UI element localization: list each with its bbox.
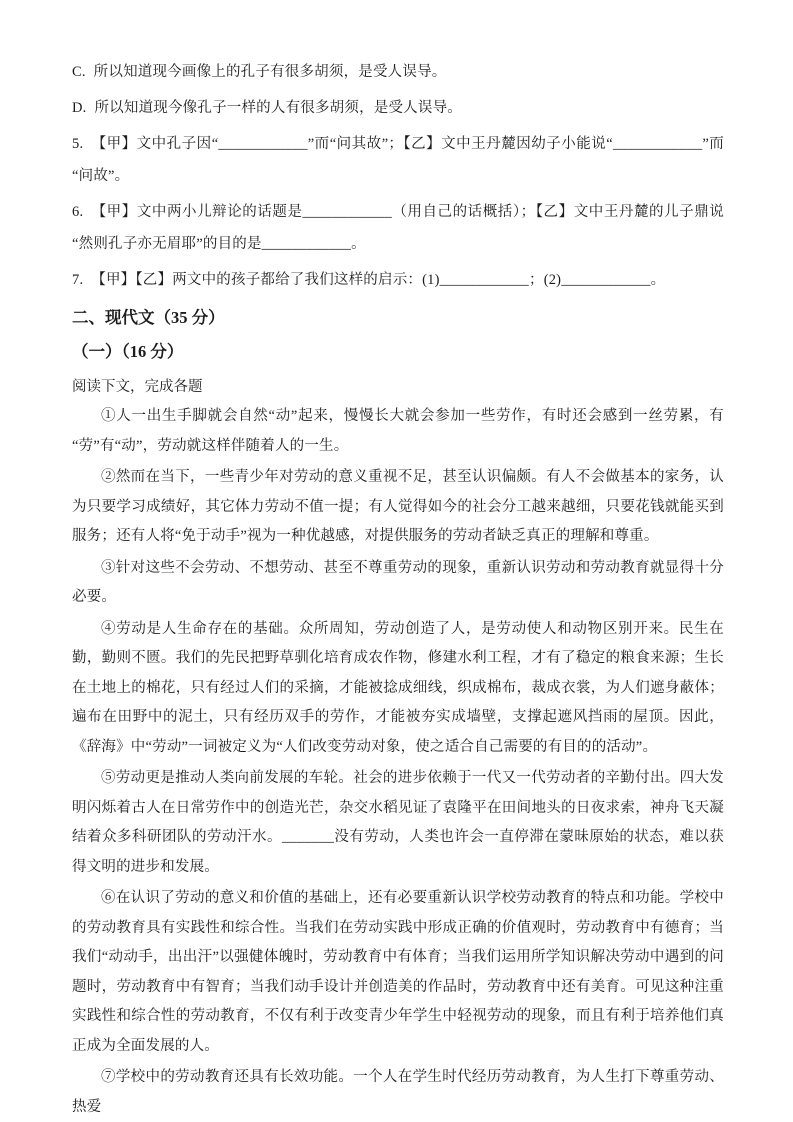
passage-paragraph-5: ⑤劳动更是推动人类向前发展的车轮。社会的进步依赖于一代又一代劳动者的辛勤付出。四… (72, 764, 724, 882)
choice-option-d: D.所以知道现今像孔子一样的人有很多胡须，是受人误导。 (72, 92, 724, 124)
choice-label: C. (72, 64, 86, 80)
question-text: 【甲】【乙】两文中的孩子都给了我们这样的启示：(1)____________；(… (91, 272, 665, 288)
reading-instruction: 阅读下文，完成各题 (72, 374, 724, 400)
question-text: 【甲】文中两小儿辩论的话题是____________（用自己的话概括）；【乙】文… (72, 204, 724, 252)
document-content: C.所以知道现今画像上的孔子有很多胡须，是受人误导。 D.所以知道现今像孔子一样… (0, 0, 793, 1122)
question-text: 【甲】文中孔子因“____________”而“问其故”；【乙】文中王丹麓因幼子… (72, 136, 724, 184)
passage-paragraph-1: ①人一出生手脚就会自然“动”起来，慢慢长大就会参加一些劳作，有时还会感到一丝劳累… (72, 402, 724, 461)
question-5: 5.【甲】文中孔子因“____________”而“问其故”；【乙】文中王丹麓因… (72, 128, 724, 192)
choice-text: 所以知道现今像孔子一样的人有很多胡须，是受人误导。 (94, 100, 462, 116)
passage-paragraph-2: ②然而在当下，一些青少年对劳动的意义重视不足，甚至认识偏颇。有人不会做基本的家务… (72, 463, 724, 552)
exam-document-page: C.所以知道现今画像上的孔子有很多胡须，是受人误导。 D.所以知道现今像孔子一样… (0, 0, 793, 1122)
passage-paragraph-7: ⑦学校中的劳动教育还具有长效功能。一个人在学生时代经历劳动教育，为人生打下尊重劳… (72, 1063, 724, 1122)
choice-text: 所以知道现今画像上的孔子有很多胡须，是受人误导。 (94, 64, 447, 80)
choice-option-c: C.所以知道现今画像上的孔子有很多胡须，是受人误导。 (72, 56, 724, 88)
choice-label: D. (72, 100, 87, 116)
subsection-heading-part-one: （一）（16 分） (72, 338, 724, 366)
section-heading-modern-text: 二、现代文（35 分） (72, 304, 724, 332)
passage-paragraph-3: ③针对这些不会劳动、不想劳动、甚至不尊重劳动的现象，重新认识劳动和劳动教育就显得… (72, 554, 724, 613)
question-7: 7.【甲】【乙】两文中的孩子都给了我们这样的启示：(1)____________… (72, 264, 724, 296)
question-number: 5. (72, 136, 83, 152)
question-6: 6.【甲】文中两小儿辩论的话题是____________（用自己的话概括）；【乙… (72, 196, 724, 260)
question-number: 7. (72, 272, 83, 288)
question-number: 6. (72, 204, 83, 220)
passage-paragraph-4: ④劳动是人生命存在的基础。众所周知，劳动创造了人，是劳动使人和动物区别开来。民生… (72, 615, 724, 763)
passage-paragraph-6: ⑥在认识了劳动的意义和价值的基础上，还有必要重新认识学校劳动教育的特点和功能。学… (72, 884, 724, 1061)
